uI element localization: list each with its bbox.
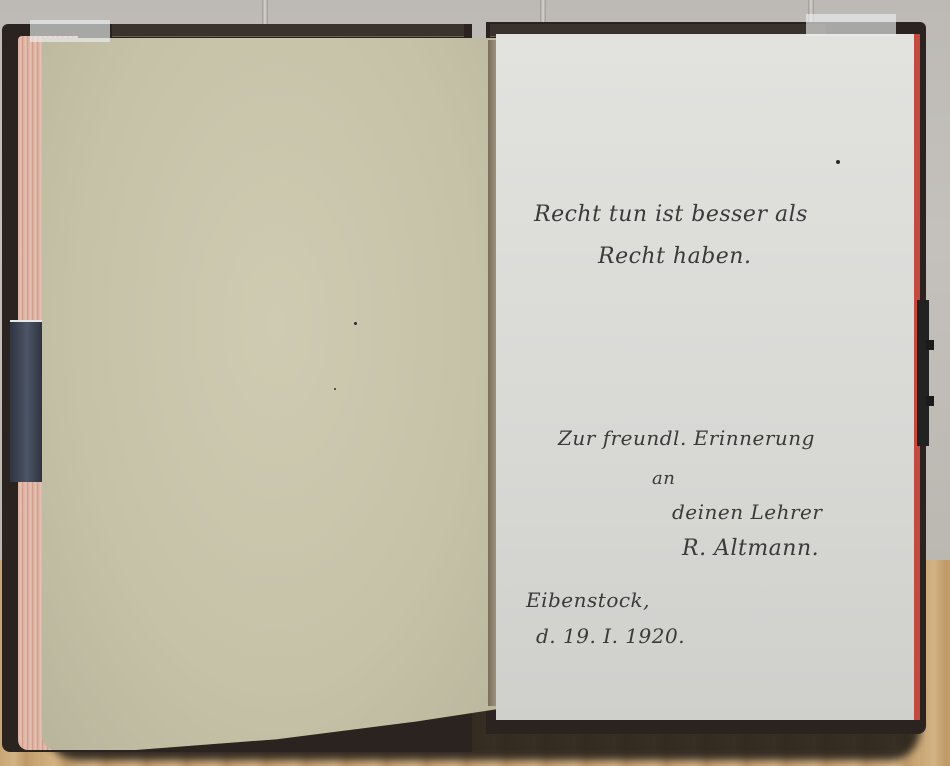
motto-line-1: Recht tun ist besser als	[534, 202, 808, 227]
dedication-line-3: deinen Lehrer	[672, 500, 822, 524]
clasp-catch-icon	[917, 300, 929, 446]
motto-line-2: Recht haben.	[598, 244, 751, 269]
protective-tape	[806, 14, 896, 36]
page-speck	[354, 322, 357, 325]
signature: R. Altmann.	[682, 536, 819, 561]
right-page: Recht tun ist besser als Recht haben. Zu…	[496, 34, 916, 720]
place: Eibenstock,	[526, 588, 650, 612]
page-speck	[334, 388, 336, 390]
clasp-hinge-icon	[926, 340, 934, 350]
dedication-line-2: an	[652, 468, 675, 489]
dedication-line-1: Zur freundl. Erinnerung	[558, 426, 815, 450]
ink-dot	[836, 160, 840, 164]
left-page	[42, 38, 510, 750]
book-spine-top-left	[112, 24, 464, 37]
clasp-hinge-icon	[926, 396, 934, 406]
metal-clasp-icon	[10, 320, 44, 482]
date: d. 19. I. 1920.	[536, 624, 685, 648]
protective-tape	[30, 20, 110, 42]
